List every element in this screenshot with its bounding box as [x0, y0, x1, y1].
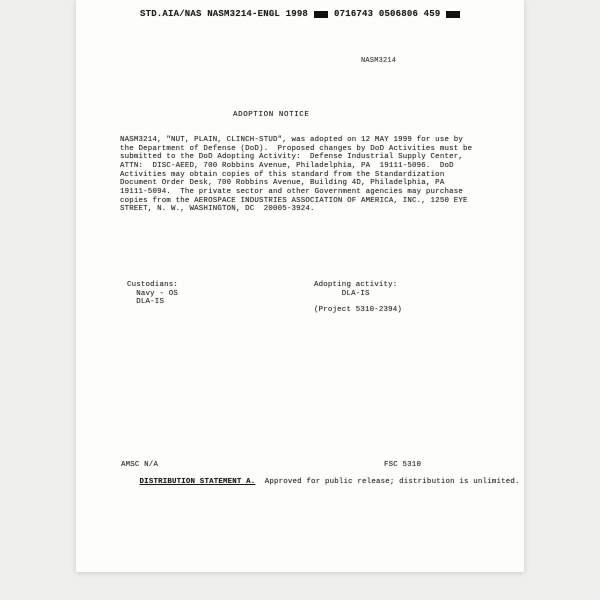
scanned-page-canvas: STD.AIA/NAS NASM3214-ENGL 1998 0716743 0… [0, 0, 600, 600]
scan-header: STD.AIA/NAS NASM3214-ENGL 1998 0716743 0… [140, 9, 460, 19]
barcode-mark-icon [446, 11, 460, 18]
barcode-mark-icon [314, 11, 328, 18]
page-title: ADOPTION NOTICE [233, 111, 310, 119]
adopting-activity-block: Adopting activity: DLA-IS [314, 281, 397, 298]
fsc-code: FSC 5310 [384, 461, 421, 469]
distribution-statement-text: Approved for public release; distributio… [255, 478, 519, 486]
project-number: (Project 5310-2394) [314, 306, 402, 314]
scan-header-left-text: STD.AIA/NAS NASM3214-ENGL 1998 [140, 9, 308, 19]
scan-header-right-text: 0716743 0506806 459 [334, 9, 440, 19]
distribution-statement-label: DISTRIBUTION STATEMENT A. [140, 478, 256, 486]
adoption-notice-body: NASM3214, "NUT, PLAIN, CLINCH-STUD", was… [120, 136, 472, 214]
document-number: NASM3214 [361, 57, 396, 65]
amsc-code: AMSC N/A [121, 461, 158, 469]
custodians-block: Custodians: Navy - OS DLA-IS [127, 281, 178, 307]
distribution-statement: DISTRIBUTION STATEMENT A. Approved for p… [121, 470, 520, 494]
